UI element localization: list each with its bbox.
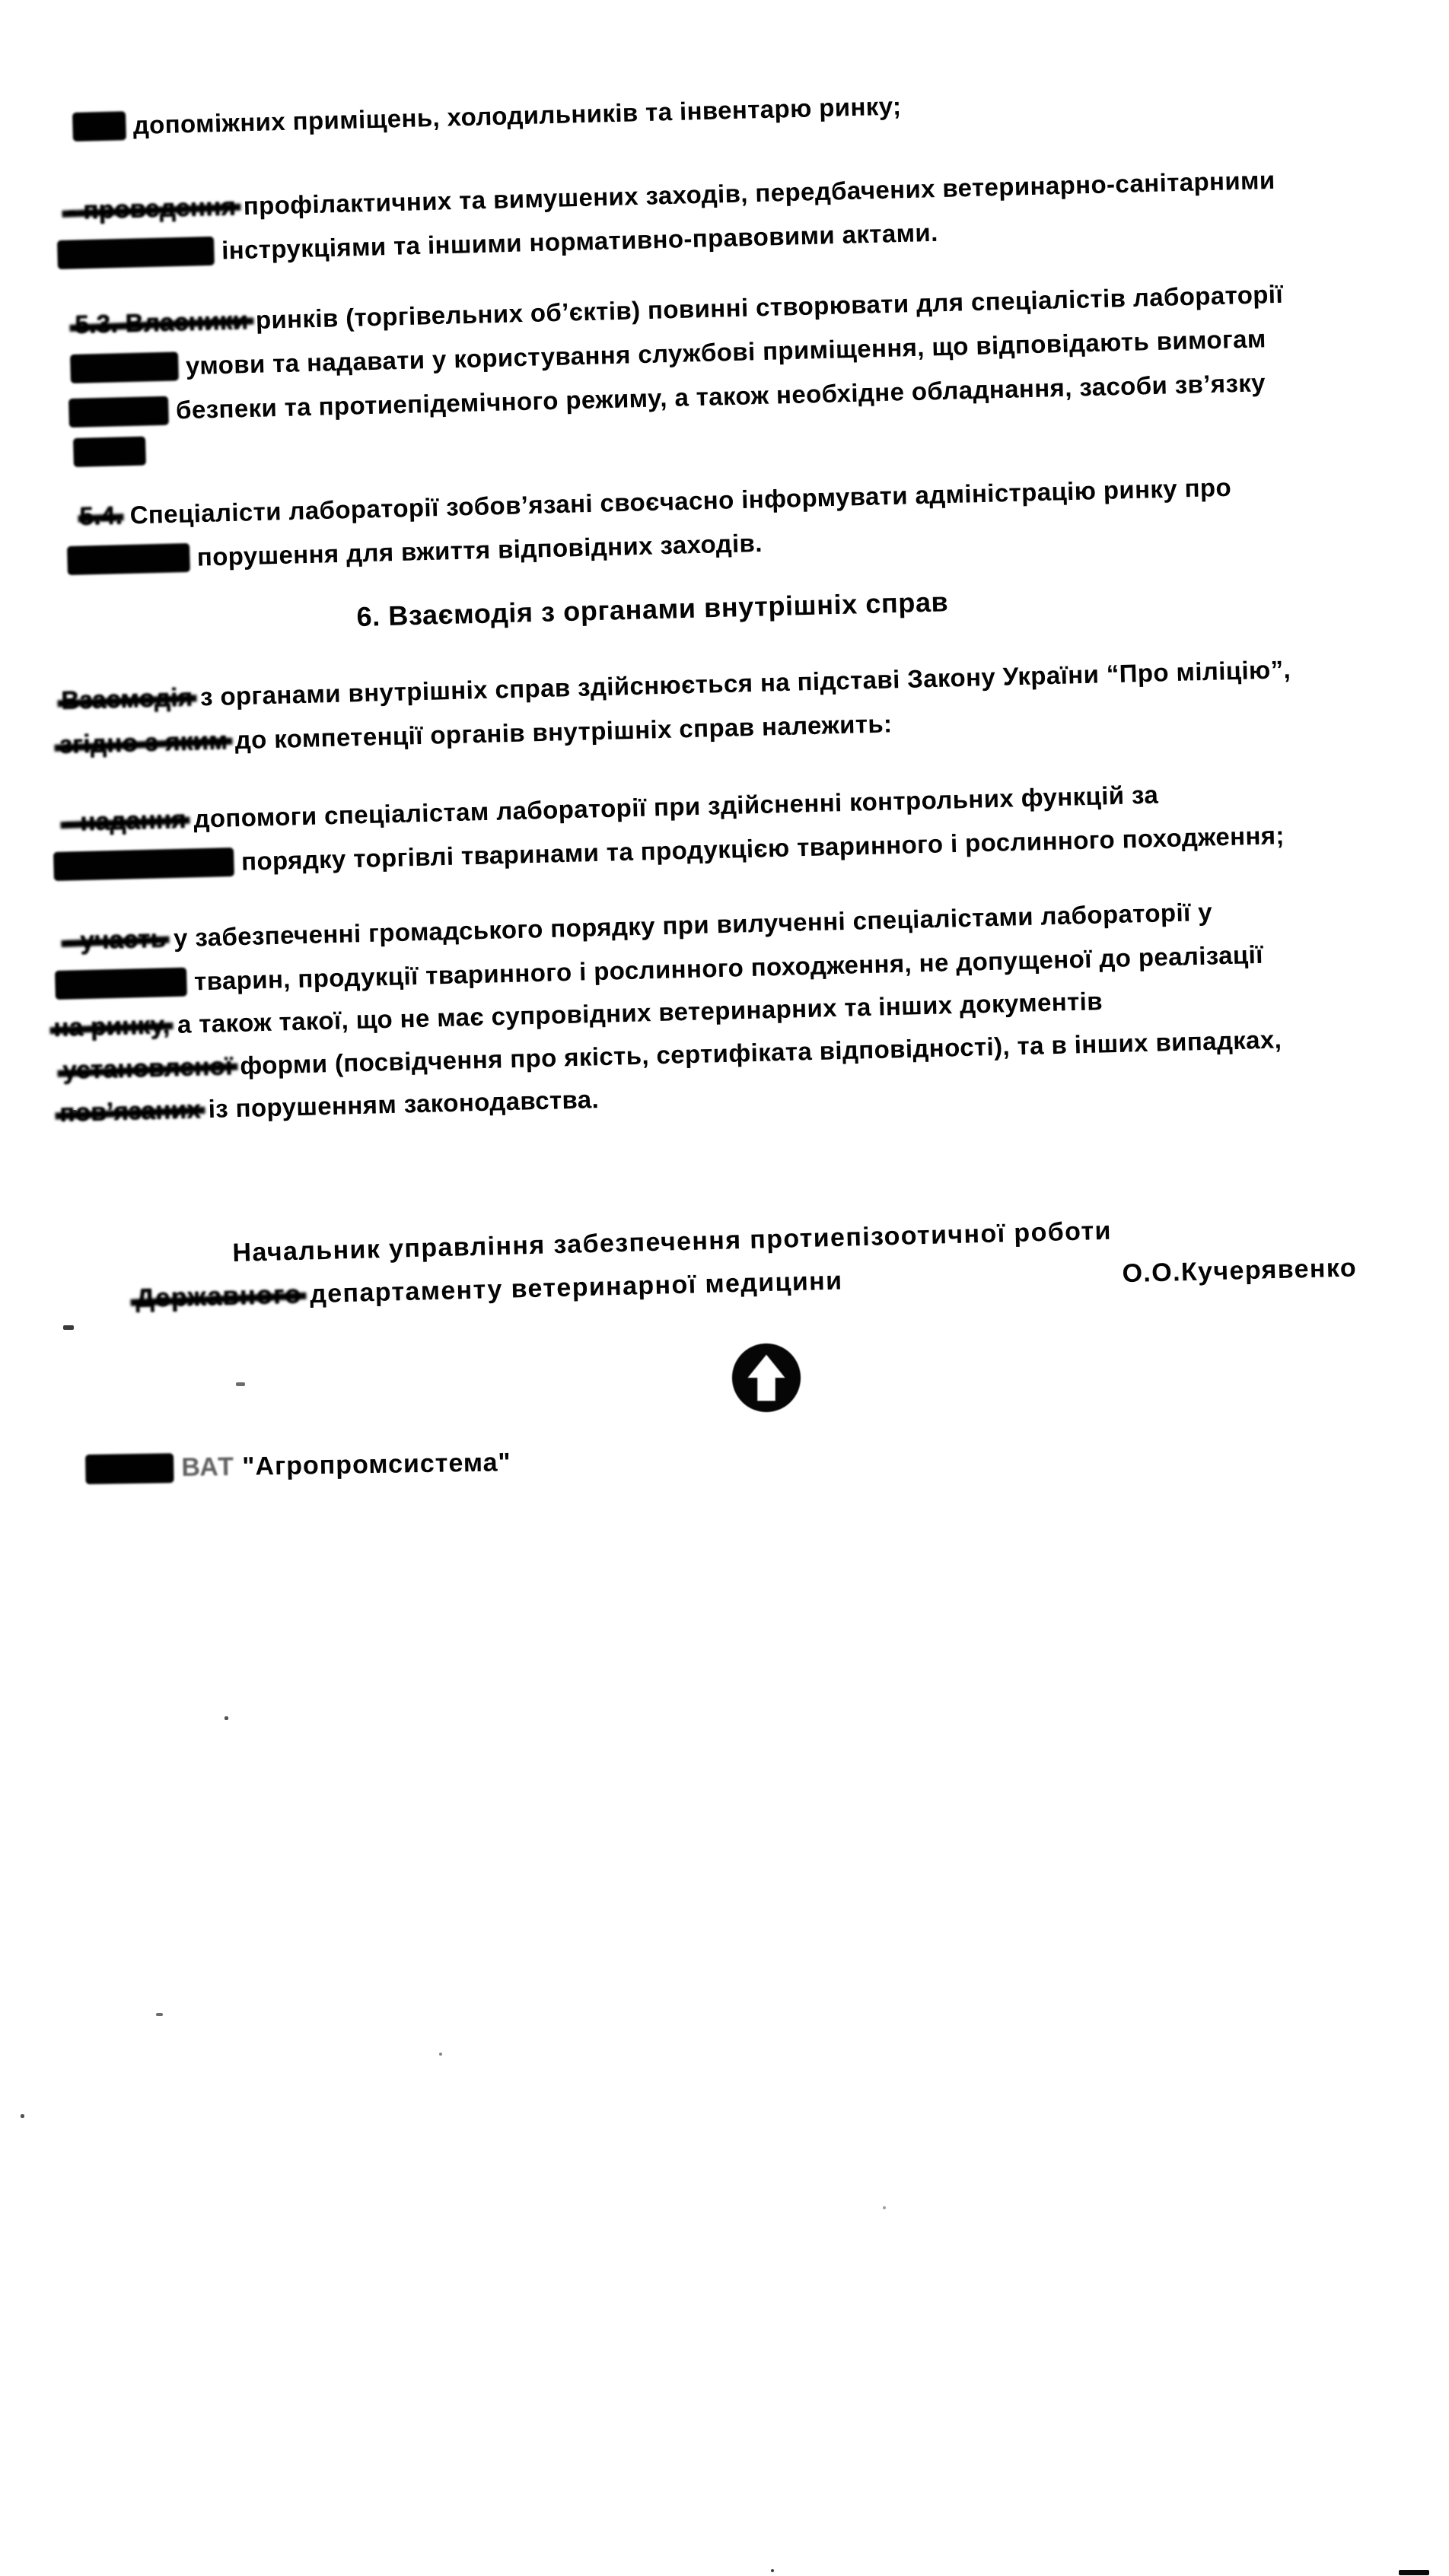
section-5-4-line-1: 5.4. Спеціалісти лабораторії зобов’язані… (79, 473, 1231, 531)
smudged-word: 5.3. Власники (75, 306, 249, 339)
line-text: ринків (торгівельних об’єктів) повинні с… (248, 280, 1284, 335)
smudged-word: техніки (68, 396, 169, 428)
smudged-word: виявлені (67, 543, 190, 575)
scan-speck (236, 1382, 245, 1386)
scanned-document-page: них допоміжних приміщень, холодильників … (0, 0, 1449, 2576)
signatory-name: О.О.Кучерявенко (1122, 1253, 1357, 1289)
line-text: до компетенції органів внутрішніх справ … (228, 709, 893, 755)
smudged-word: - надання (64, 805, 186, 837)
smudged-word: - проведення (67, 192, 237, 225)
smudged-word: правилами, (57, 237, 215, 269)
section-5-4-line-2: виявлені порушення для вжиття відповідни… (67, 529, 763, 575)
bullet-prevention-line-1: - проведення профілактичних та вимушених… (67, 166, 1275, 225)
smudged-word: торговців (55, 968, 187, 1000)
footer-copyright-line: ©2001 ВАТ "Агропромсистема" (85, 1448, 511, 1484)
org-abbr: ВАТ (174, 1452, 235, 1483)
scan-speck (883, 2206, 886, 2209)
scan-speck (21, 2114, 24, 2118)
line-text: безпеки та протиепідемічного режиму, а т… (168, 368, 1266, 425)
scan-speck (156, 2013, 163, 2016)
line-text: інструкціями та іншими нормативно-правов… (214, 218, 938, 266)
scan-speck (771, 2569, 774, 2572)
line-text: з органами внутрішніх справ здійснюється… (193, 655, 1291, 712)
scan-speck (439, 2053, 442, 2056)
para-interaction-line-2: згідно з яким до компетенції органів вну… (59, 709, 893, 759)
smudged-word: дотриманням (53, 848, 234, 881)
line-text: допомоги спеціалістам лабораторії при зд… (186, 781, 1158, 834)
smudged-word: належні (70, 351, 179, 383)
signature-title-line: Начальник управління забезпечення протие… (232, 1216, 1112, 1268)
bullet-prevention-line-2: правилами, інструкціями та іншими нормат… (57, 218, 938, 269)
smudged-word: установленої (62, 1051, 233, 1085)
line-text: департаменту ветеринарної медицини (301, 1266, 843, 1309)
heading-text: 6. Взаємодія з органами внутрішніх справ (356, 586, 949, 633)
intro-fragment-line: них допоміжних приміщень, холодильників … (72, 91, 902, 142)
line-text: у забезпеченні громадського порядку при … (166, 898, 1212, 953)
smudged-copyright: ©2001 (85, 1453, 174, 1484)
smudged-word: Державного (135, 1280, 302, 1314)
section-5-3-line-4: тощо (73, 437, 146, 467)
smudged-word: - участь (64, 924, 167, 956)
up-arrow-icon[interactable] (729, 1340, 804, 1415)
line-text: порядку торгівлі тваринами та продукцією… (234, 821, 1285, 876)
smudged-word: на ринку, (53, 1010, 170, 1042)
line-text: допоміжних приміщень, холодильників та і… (126, 91, 902, 140)
line-text: Спеціалісти лабораторії зобов’язані своє… (123, 473, 1232, 530)
smudged-word: тощо (73, 437, 146, 467)
line-text: а також такої, що не має супровідних вет… (170, 987, 1103, 1039)
scan-speck (225, 1716, 228, 1720)
line-text: Начальник управління забезпечення протие… (232, 1216, 1112, 1268)
bullet-participation-line-5: пов’язаних із порушенням законодавства. (59, 1085, 600, 1127)
scan-speck (63, 1325, 74, 1330)
scan-speck (72, 1110, 77, 1115)
line-text: порушення для вжиття відповідних заходів… (189, 529, 763, 572)
smudged-word: них (72, 111, 126, 142)
smudged-word: Взаємодія (61, 683, 193, 715)
department-text: Державного департаменту ветеринарної мед… (135, 1266, 843, 1313)
smudged-word: пов’язаних (59, 1095, 202, 1127)
line-text: профілактичних та вимушених заходів, пер… (236, 166, 1275, 221)
scan-speck (1399, 2570, 1429, 2575)
smudged-word: згідно з яким (59, 726, 228, 759)
smudged-word: 5.4. (79, 501, 123, 531)
line-text: із порушенням законодавства. (201, 1085, 600, 1124)
org-name: "Агропромсистема" (234, 1448, 511, 1482)
section-6-heading: 6. Взаємодія з органами внутрішніх справ (356, 586, 949, 633)
para-interaction-line-1: Взаємодія з органами внутрішніх справ зд… (61, 655, 1291, 715)
